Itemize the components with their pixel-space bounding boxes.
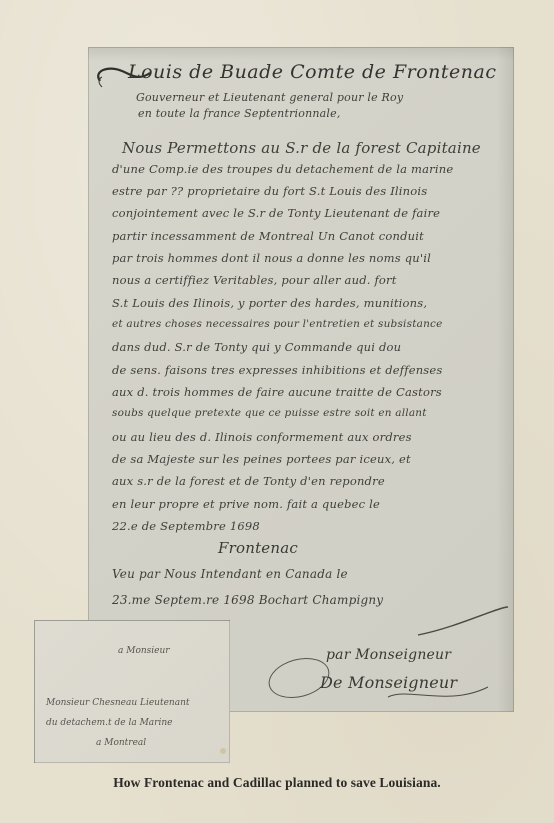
body-line: soubs quelque pretexte que ce puisse est… [112, 407, 427, 419]
body-line: Nous Permettons au S.r de la forest Capi… [122, 139, 481, 157]
body-line: par trois hommes dont il nous a donne le… [112, 251, 431, 265]
envelope-line-1: a Monsieur [118, 646, 170, 656]
body-line: aux s.r de la forest et de Tonty d'en re… [112, 474, 385, 488]
body-line: nous a certiffiez Veritables, pour aller… [112, 273, 397, 287]
body-line: d'une Comp.ie des troupes du detachement… [112, 162, 453, 176]
letter-subtitle-line-1: Gouverneur et Lieutenant general pour le… [136, 91, 403, 104]
body-line: ou au lieu des d. Ilinois conformement a… [112, 430, 412, 444]
envelope-line-4: a Montreal [96, 738, 146, 748]
envelope-address-facsimile: a Monsieur Monsieur Chesneau Lieutenant … [34, 620, 230, 763]
body-line: estre par ?? proprietaire du fort S.t Lo… [112, 184, 427, 198]
closing-line-1: par Monseigneur [326, 647, 451, 663]
envelope-line-3: du detachem.t de la Marine [46, 718, 172, 728]
countersign-line-2: 23.me Septem.re 1698 Bochart Champigny [112, 593, 383, 607]
closing-line-2: De Monseigneur [320, 673, 457, 692]
letter-facsimile: Louis de Buade Comte de Frontenac Gouver… [88, 47, 514, 712]
body-line: 22.e de Septembre 1698 [112, 519, 260, 533]
body-line: en leur propre et prive nom. fait a queb… [112, 497, 380, 511]
letter-subtitle-line-2: en toute la france Septentrionnale, [138, 107, 341, 120]
body-line: et autres choses necessaires pour l'entr… [112, 318, 443, 330]
body-line: partir incessamment de Montreal Un Canot… [112, 229, 424, 243]
body-line: de sa Majeste sur les peines portees par… [112, 452, 411, 466]
letter-title: Louis de Buade Comte de Frontenac [128, 61, 496, 83]
envelope-line-2: Monsieur Chesneau Lieutenant [46, 698, 189, 708]
frontenac-signature: Frontenac [218, 539, 298, 557]
body-line: de sens. faisons tres expresses inhibiti… [112, 363, 443, 377]
body-line: conjointement avec le S.r de Tonty Lieut… [112, 206, 440, 220]
body-line: dans dud. S.r de Tonty qui y Commande qu… [112, 340, 401, 354]
figure-caption: How Frontenac and Cadillac planned to sa… [0, 775, 554, 791]
body-line: aux d. trois hommes de faire aucune trai… [112, 385, 442, 399]
countersign-line-1: Veu par Nous Intendant en Canada le [112, 567, 348, 581]
stain-mark [220, 748, 226, 754]
body-line: S.t Louis des Ilinois, y porter des hard… [112, 296, 427, 310]
